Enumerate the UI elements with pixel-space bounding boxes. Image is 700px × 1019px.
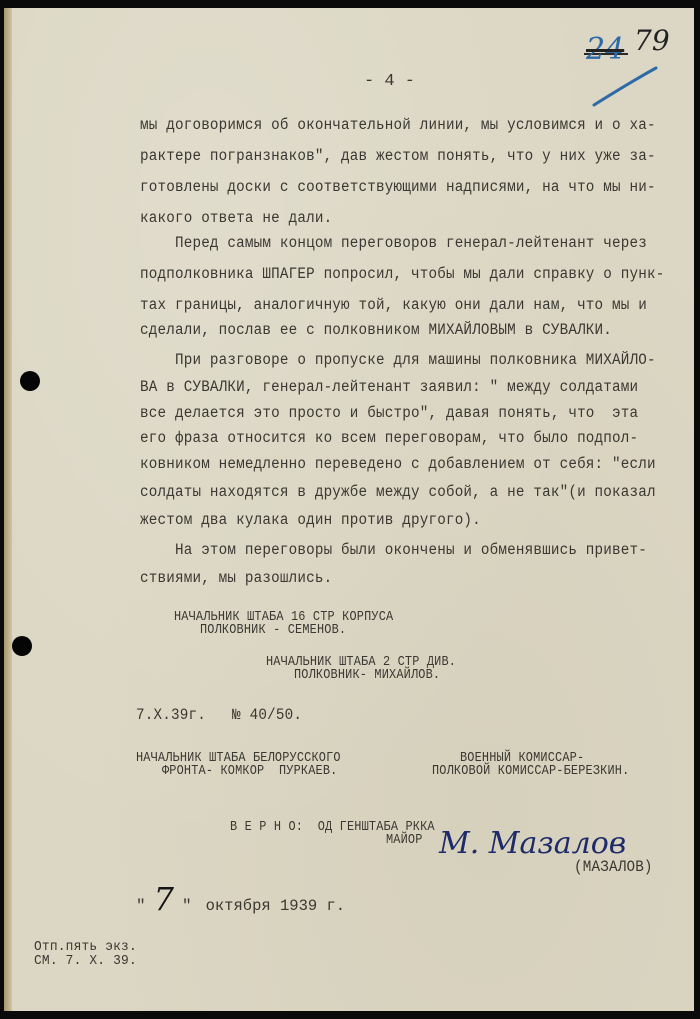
typist-note: СМ. 7. Х. 39. — [34, 954, 137, 969]
archive-number: 24 79 — [584, 30, 694, 120]
text-line: На этом переговоры были окончены и обмен… — [140, 541, 647, 559]
text-line: Перед самым концом переговоров генерал-л… — [140, 234, 647, 252]
punch-hole — [12, 636, 32, 656]
text-line: При разговоре о пропуске для машины полк… — [140, 351, 656, 369]
text-line: солдаты находятся в дружбе между собой, … — [140, 483, 656, 501]
page-binding-edge — [4, 8, 12, 1011]
text-line: ствиями, мы разошлись. — [140, 569, 332, 587]
text-line: сделали, послав ее с полковником МИХАЙЛО… — [140, 321, 612, 339]
text-line: его фраза относится ко всем переговорам,… — [140, 429, 638, 447]
document-page: 24 79 - 4 - мы договоримся об окончатель… — [4, 8, 694, 1011]
commissar-name: ПОЛКОВОЙ КОМИССАР-БЕРЕЗКИН. — [432, 765, 629, 778]
verified-name: (МАЗАЛОВ) — [574, 858, 653, 876]
text-line: готовлены доски с соответствующими надпи… — [140, 178, 656, 196]
struck-archive-number: 24 — [586, 32, 624, 67]
page-number: - 4 - — [364, 72, 415, 91]
text-line: подполковника ШПАГЕР попросил, чтобы мы … — [140, 265, 664, 283]
front-chief-name: ФРОНТА- КОМКОР ПУРКАЕВ. — [162, 765, 337, 778]
date-month-year: октября 1939 г. — [206, 897, 346, 915]
text-line: какого ответа не дали. — [140, 209, 332, 227]
text-line: жестом два кулака один против другого). — [140, 511, 481, 529]
punch-hole — [20, 371, 40, 391]
text-line: ковником немедленно переведено с добавле… — [140, 455, 656, 473]
handwritten-day: 7 — [154, 880, 174, 918]
verified-rank: МАЙОР — [386, 834, 423, 847]
text-line: мы договоримся об окончательной линии, м… — [140, 116, 656, 134]
text-line: тах границы, аналогичную той, какую они … — [140, 296, 647, 314]
text-line: ВА в СУВАЛКИ, генерал-лейтенант заявил: … — [140, 378, 638, 396]
date-close-quote: " — [182, 899, 192, 914]
date-open-quote: " — [136, 899, 146, 914]
text-line: рактере погранзнаков", дав жестом понять… — [140, 147, 656, 165]
handwritten-signature: М. Мазалов — [439, 826, 626, 861]
date-line: " 7 " октября 1939 г. — [136, 880, 345, 918]
text-line: все делается это просто и быстро", давая… — [140, 404, 638, 422]
division-chief-name: ПОЛКОВНИК- МИХАЙЛОВ. — [294, 669, 440, 682]
date-number: 7.Х.39г. № 40/50. — [136, 706, 302, 724]
corps-chief-name: ПОЛКОВНИК - СЕМЕНОВ. — [200, 624, 346, 637]
current-archive-number: 79 — [634, 24, 670, 57]
